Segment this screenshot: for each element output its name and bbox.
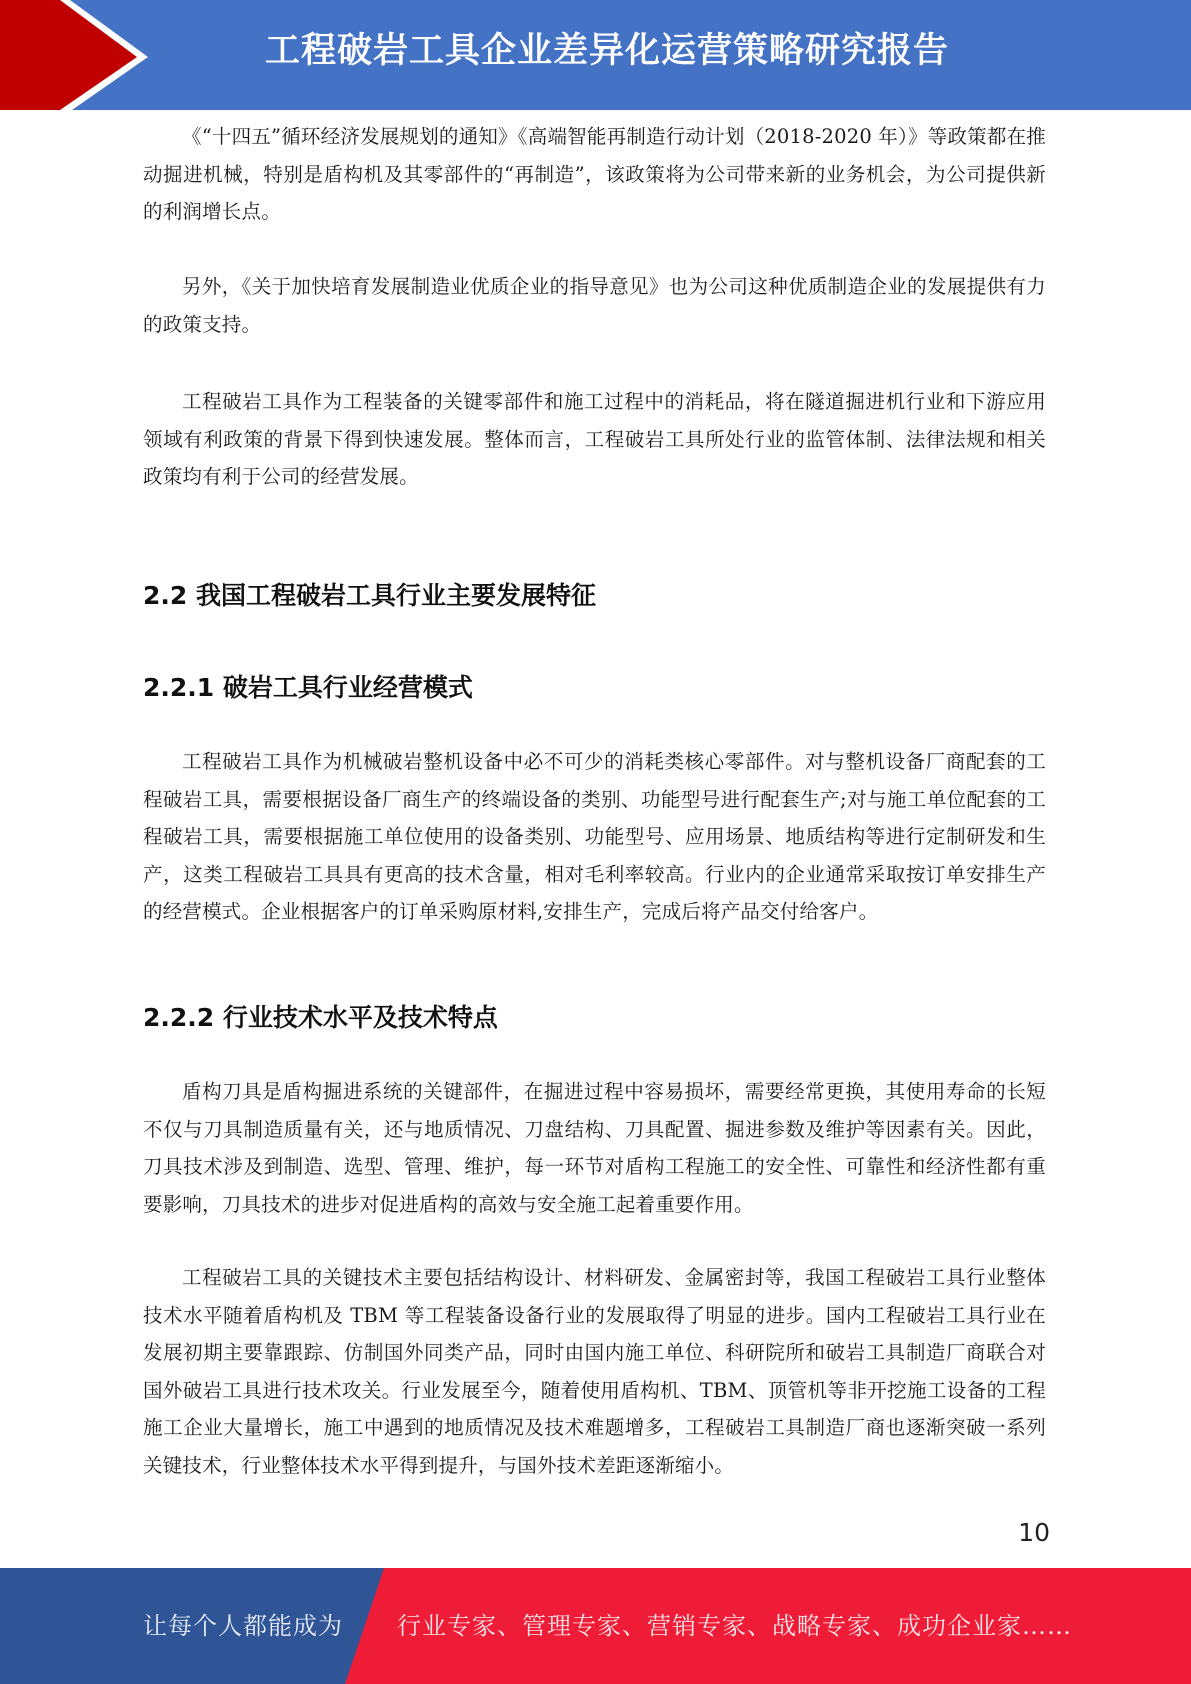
footer-slogan-left: 让每个人都能成为 [143, 1606, 343, 1641]
section-heading-2-2: 2.2 我国工程破岩工具行业主要发展特征 [143, 578, 596, 614]
paragraph-industry-outlook: 工程破岩工具作为工程装备的关键零部件和施工过程中的消耗品，将在隧道掘进机行业和下… [143, 383, 1046, 496]
footer-banner: 让每个人都能成为 行业专家、管理专家、营销专家、战略专家、成功企业家…… [0, 1568, 1191, 1684]
arrow-chevron-icon [0, 0, 200, 110]
paragraph-policy-support: 另外，《关于加快培育发展制造业优质企业的指导意见》也为公司这种优质制造企业的发展… [143, 268, 1046, 343]
header-banner: 工程破岩工具企业差异化运营策略研究报告 [0, 0, 1191, 110]
footer-slogan-right: 行业专家、管理专家、营销专家、战略专家、成功企业家…… [397, 1606, 1072, 1641]
paragraph-key-technology: 工程破岩工具的关键技术主要包括结构设计、材料研发、金属密封等，我国工程破岩工具行… [143, 1259, 1046, 1484]
paragraph-cutter-technology: 盾构刀具是盾构掘进系统的关键部件，在掘进过程中容易损坏，需要经常更换，其使用寿命… [143, 1073, 1046, 1223]
paragraph-business-model: 工程破岩工具作为机械破岩整机设备中必不可少的消耗类核心零部件。对与整机设备厂商配… [143, 743, 1046, 931]
page-number: 10 [1010, 1518, 1050, 1547]
document-title: 工程破岩工具企业差异化运营策略研究报告 [265, 26, 949, 76]
section-heading-2-2-2: 2.2.2 行业技术水平及技术特点 [143, 1000, 498, 1036]
section-heading-2-2-1: 2.2.1 破岩工具行业经营模式 [143, 670, 473, 706]
paragraph-policy-recycling: 《“十四五”循环经济发展规划的通知》《高端智能再制造行动计划（2018-2020… [143, 118, 1046, 231]
